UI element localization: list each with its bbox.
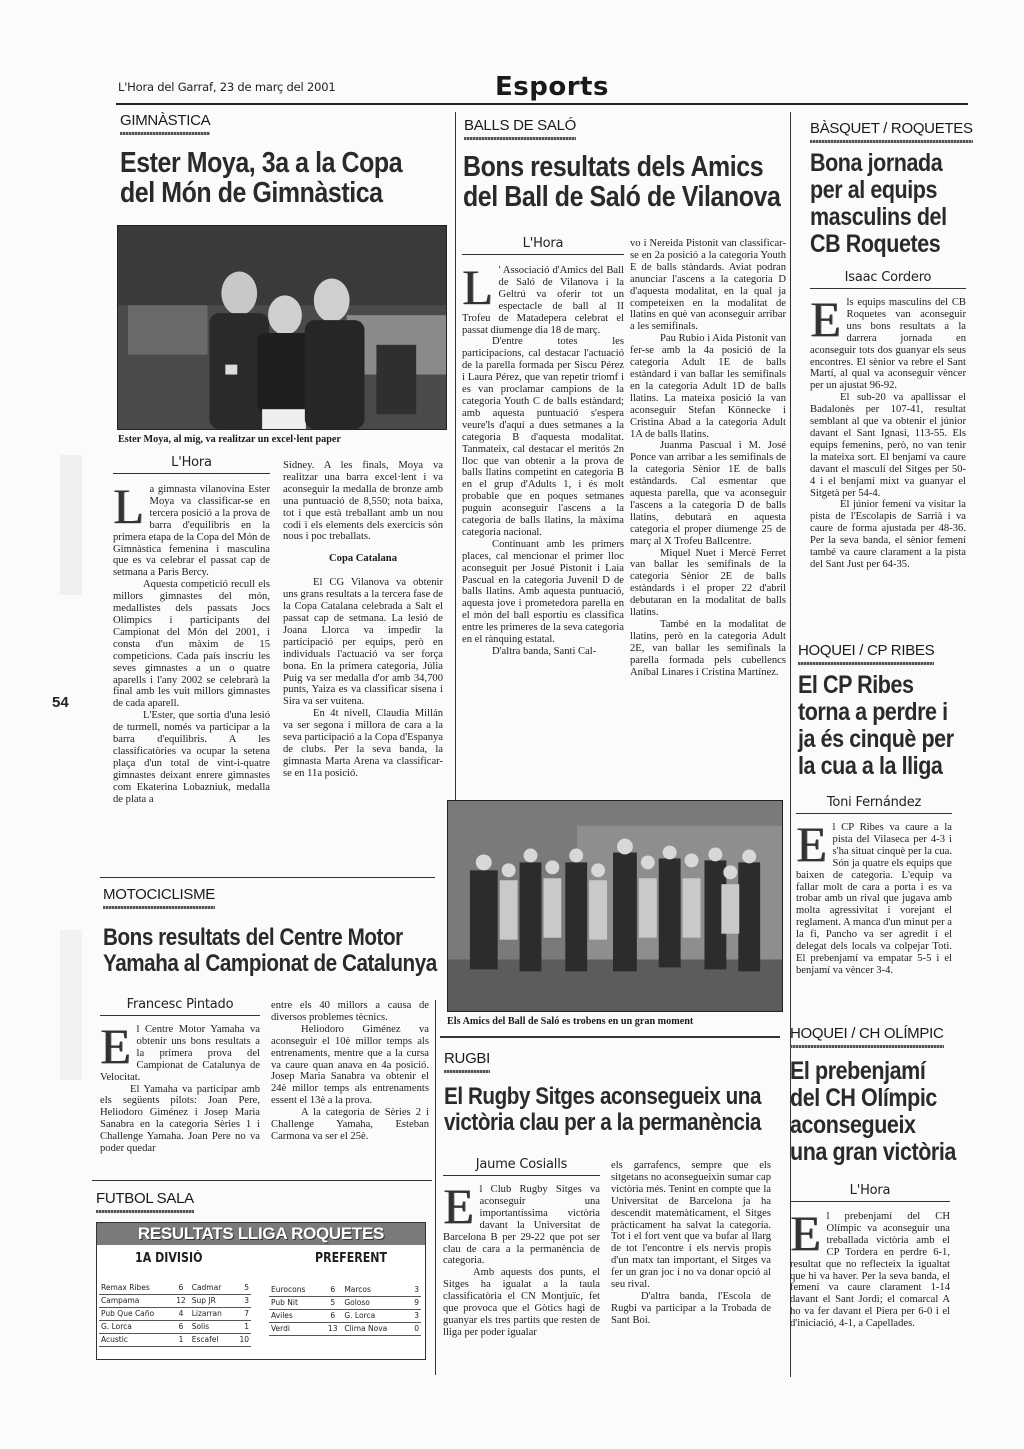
result-row: G. Lorca 6 Solis 1 (99, 1320, 251, 1333)
headline-line: ja és cinquè per (798, 726, 954, 753)
headline-line: torna a perdre i (798, 699, 954, 726)
dropcap: E (796, 824, 827, 864)
article-body-col2: els garrafencs, sempre que els sitgetans… (611, 1160, 771, 1327)
byline: Francesc Pintado (100, 997, 260, 1016)
headline: Bona jornada per al equips masculins del… (810, 150, 947, 258)
headline-line: una gran victòria (790, 1139, 956, 1166)
paragraph: Juanma Pascual i M. José Ponce van arrib… (630, 440, 786, 547)
paragraph: Continuant amb les primers places, cal m… (462, 539, 624, 646)
paragraph: El sub-20 va apallissar el Badalonès per… (810, 392, 966, 499)
photo-image (448, 801, 782, 1011)
headline-line: del Món de Gimnàstica (120, 178, 402, 208)
home-team: Eurocons (269, 1283, 323, 1296)
away-team: Clima Nova (342, 1322, 408, 1335)
byline: L'Hora (113, 455, 270, 474)
paragraph: Aquesta competició recull els millors gi… (113, 579, 270, 710)
away-score: 10 (234, 1333, 251, 1346)
article-body-col1: L ' Associació d'Amics del Ball de Saló … (462, 265, 624, 658)
section-label: HOQUEI / CH OLÍMPIC (790, 1025, 944, 1044)
photo-caption: Els Amics del Ball de Saló es trobens en… (447, 1016, 693, 1027)
subhead: Copa Catalana (283, 553, 443, 565)
headline: El prebenjamí del CH Olímpic aconsegueix… (790, 1058, 956, 1166)
home-team: Acustic (99, 1333, 172, 1346)
paragraph: D'altra banda, Santi Cal- (462, 646, 624, 658)
byline: Toni Fernández (796, 795, 952, 814)
byline: L'Hora (462, 236, 624, 255)
away-team: Goloso (342, 1296, 408, 1309)
byline: L'Hora (790, 1183, 950, 1202)
scan-artifact (60, 455, 82, 595)
result-row: Remax Ribes 6 Cadmar 5 (99, 1281, 251, 1294)
headline: Bons resultats dels Amics del Ball de Sa… (463, 152, 780, 212)
home-team: Pub Que Caño (99, 1307, 172, 1320)
home-team: G. Lorca (99, 1320, 172, 1333)
photo-dancers (447, 800, 783, 1012)
division-1a-results: Remax Ribes 6 Cadmar 5 Campama 12 Sup JR… (99, 1281, 251, 1347)
division-preferent-results: Eurocons 6 Marcos 3 Pub Nit 5 Goloso 9 A… (269, 1283, 421, 1336)
paragraph: A la categoria de Sèries 2 i Challenge Y… (271, 1107, 429, 1143)
division-heading: 1A DIVISIÓ (135, 1251, 203, 1266)
headline-line: El CP Ribes (798, 672, 954, 699)
section-label: BÀSQUET / ROQUETES (810, 120, 973, 139)
section-label: FUTBOL SALA (96, 1190, 194, 1209)
away-score: 3 (234, 1294, 251, 1307)
section-label: HOQUEI / CP RIBES (798, 642, 934, 661)
headline: El CP Ribes torna a perdre i ja és cinqu… (798, 672, 954, 780)
headline-line: CB Roquetes (810, 231, 947, 258)
result-row: Aviles 6 G. Lorca 3 (269, 1309, 421, 1322)
article-body-col2: entre els 40 millors a causa de diversos… (271, 1000, 429, 1143)
home-score: 13 (323, 1322, 342, 1335)
paragraph: El Yamaha va participar amb els següents… (100, 1084, 260, 1155)
dropcap: E (100, 1026, 131, 1066)
paragraph: En 4t nivell, Claudia Millán va ser sego… (283, 708, 443, 779)
divider (92, 1180, 432, 1181)
dropcap: E (810, 299, 841, 339)
result-row: Pub Que Caño 4 Lizarran 7 (99, 1307, 251, 1320)
article-body: E ls equips masculins del CB Roquetes va… (810, 297, 966, 571)
result-row: Verdi 13 Clima Nova 0 (269, 1322, 421, 1335)
paragraph: D'altra banda, l'Escola de Rugbi va part… (611, 1291, 771, 1327)
results-table: RESULTATS LLIGA ROQUETES 1A DIVISIÓ PREF… (96, 1222, 426, 1360)
dropcap: L (462, 267, 493, 307)
paragraph: També en la modalitat de llatins, però e… (630, 619, 786, 679)
paragraph: El júnior femení va visitar la pista de … (810, 499, 966, 570)
headline: Bons resultats del Centre Motor Yamaha a… (103, 925, 437, 977)
home-score: 6 (172, 1320, 189, 1333)
page-number: 54 (52, 694, 69, 711)
home-team: Aviles (269, 1309, 323, 1322)
home-score: 6 (172, 1281, 189, 1294)
headline-line: Bona jornada (810, 150, 947, 177)
headline-line: Bons resultats del Centre Motor (103, 925, 437, 951)
away-score: 9 (409, 1296, 421, 1309)
section-label: MOTOCICLISME (103, 886, 215, 905)
dropcap: L (113, 486, 144, 526)
section-label: RUGBI (444, 1050, 490, 1069)
article-body-col1: E l Centre Motor Yamaha va obtenir uns b… (100, 1024, 260, 1155)
article-body: E l CP Ribes va caure a la pista del Vil… (796, 822, 952, 977)
article-body-col1: E l Club Rugby Sitges va aconseguir una … (443, 1184, 600, 1339)
publication-date: L'Hora del Garraf, 23 de març del 2001 (118, 80, 335, 94)
dropcap: E (790, 1213, 821, 1253)
dropcap: E (443, 1186, 474, 1226)
headline-line: per al equips (810, 177, 947, 204)
paragraph: L'Ester, que sortia d'una lesió de turme… (113, 710, 270, 805)
headline-line: victòria clau per a la permanència (444, 1110, 761, 1136)
article-body-col2: vo i Nereida Pistonit van classificar-se… (630, 238, 786, 679)
paragraph: Sidney. A les finals, Moya va realitzar … (283, 460, 443, 543)
article-body: E l prebenjamí del CH Olímpic va aconseg… (790, 1211, 950, 1330)
away-team: Cadmar (190, 1281, 234, 1294)
home-score: 12 (172, 1294, 189, 1307)
home-score: 1 (172, 1333, 189, 1346)
away-score: 3 (409, 1283, 421, 1296)
away-team: Lizarran (190, 1307, 234, 1320)
section-title: Esports (495, 72, 609, 102)
result-row: Campama 12 Sup JR 3 (99, 1294, 251, 1307)
byline: Jaume Cosialls (443, 1157, 600, 1176)
paragraph: Amb aquests dos punts, el Sitges ha igua… (443, 1267, 600, 1338)
headline-line: del CH Olímpic (790, 1085, 956, 1112)
home-team: Campama (99, 1294, 172, 1307)
section-label: BALLS DE SALÓ (464, 117, 576, 136)
home-score: 6 (323, 1283, 342, 1296)
headline-line: aconsegueix (790, 1112, 956, 1139)
result-row: Acustic 1 Escafel 10 (99, 1333, 251, 1346)
paragraph: Pau Rubio i Aida Pistonit van fer-se amb… (630, 333, 786, 440)
headline-line: El Rugby Sitges aconsegueix una (444, 1084, 761, 1110)
scan-artifact (60, 930, 82, 1080)
article-body-col2: Sidney. A les finals, Moya va realitzar … (283, 460, 443, 780)
paragraph: El CG Vilanova va obtenir uns grans resu… (283, 577, 443, 708)
paragraph: Miquel Nuet i Mercè Ferret van ballar le… (630, 548, 786, 619)
paragraph: D'entre totes les participacions, cal de… (462, 336, 624, 538)
away-team: G. Lorca (342, 1309, 408, 1322)
division-heading: PREFERENT (315, 1251, 387, 1266)
byline: Isaac Cordero (810, 270, 966, 289)
away-score: 3 (409, 1309, 421, 1322)
headline-line: El prebenjamí (790, 1058, 956, 1085)
headline-line: masculins del (810, 204, 947, 231)
column-rule (455, 112, 456, 802)
article-body-col1: L a gimnasta vilanovina Ester Moya va cl… (113, 484, 270, 805)
paragraph: entre els 40 millors a causa de diversos… (271, 1000, 429, 1024)
home-team: Pub Nit (269, 1296, 323, 1309)
away-team: Sup JR (190, 1294, 234, 1307)
photo-image (118, 226, 446, 429)
headline: El Rugby Sitges aconsegueix una victòria… (444, 1084, 761, 1136)
away-team: Escafel (190, 1333, 234, 1346)
headline: Ester Moya, 3a a la Copa del Món de Gimn… (120, 148, 402, 208)
home-team: Verdi (269, 1322, 323, 1335)
result-row: Pub Nit 5 Goloso 9 (269, 1296, 421, 1309)
photo-caption: Ester Moya, al mig, va realitzar un exce… (118, 434, 341, 445)
results-banner: RESULTATS LLIGA ROQUETES (97, 1223, 425, 1245)
headline-line: Ester Moya, 3a a la Copa (120, 148, 402, 178)
home-score: 4 (172, 1307, 189, 1320)
paragraph: Heliodoro Giménez va aconseguir el 10è m… (271, 1024, 429, 1107)
away-score: 1 (234, 1320, 251, 1333)
column-rule (435, 1000, 436, 1375)
headline-line: del Ball de Saló de Vilanova (463, 182, 780, 212)
headline-line: Bons resultats dels Amics (463, 152, 780, 182)
home-score: 6 (323, 1309, 342, 1322)
section-label: GIMNÀSTICA (120, 112, 210, 131)
away-score: 5 (234, 1281, 251, 1294)
headline-line: la cua a la lliga (798, 753, 954, 780)
away-team: Solis (190, 1320, 234, 1333)
divider (440, 1036, 780, 1038)
paragraph: vo i Nereida Pistonit van classificar-se… (630, 238, 786, 333)
divider (100, 877, 435, 878)
away-score: 0 (409, 1322, 421, 1335)
away-score: 7 (234, 1307, 251, 1320)
photo-gymnasts (117, 225, 447, 430)
away-team: Marcos (342, 1283, 408, 1296)
home-team: Remax Ribes (99, 1281, 172, 1294)
paragraph: els garrafencs, sempre que els sitgetans… (611, 1160, 771, 1291)
headline-line: Yamaha al Campionat de Catalunya (103, 951, 437, 977)
masthead-rule (116, 103, 968, 105)
result-row: Eurocons 6 Marcos 3 (269, 1283, 421, 1296)
home-score: 5 (323, 1296, 342, 1309)
